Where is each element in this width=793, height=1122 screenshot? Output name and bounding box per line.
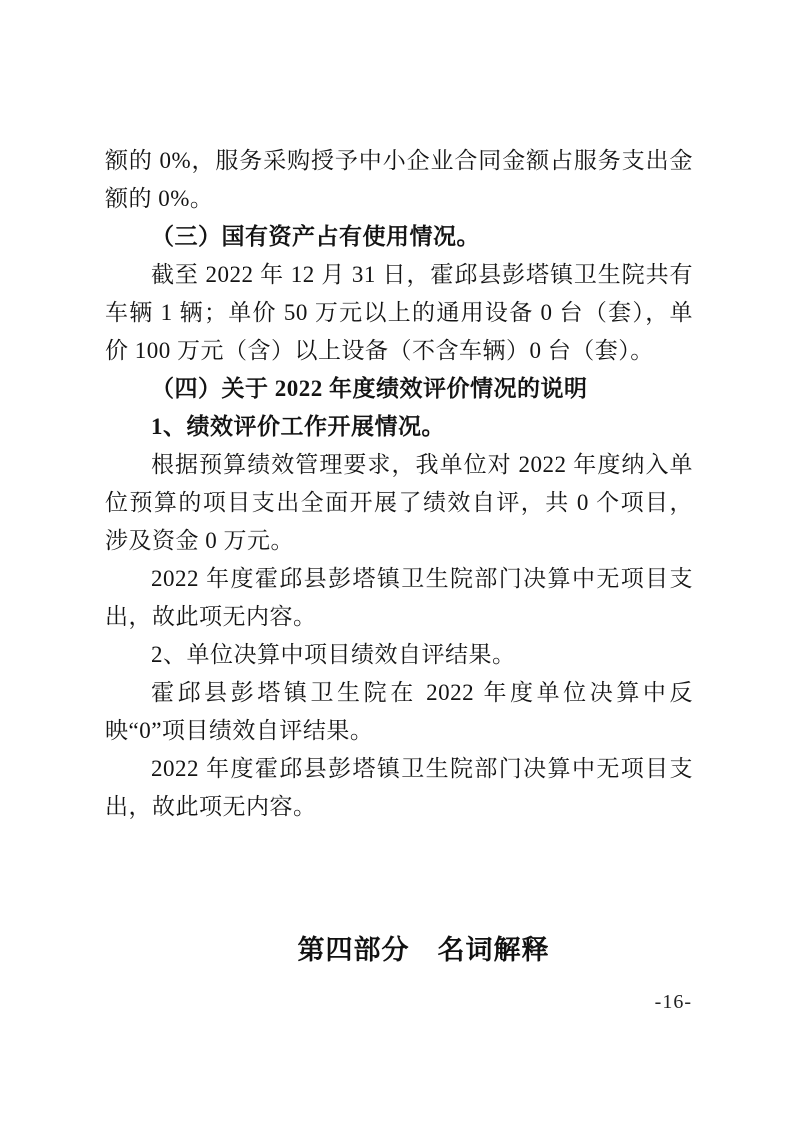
document-body: 额的 0%，服务采购授予中小企业合同金额占服务支出金额的 0%。 （三）国有资产… — [105, 142, 693, 826]
paragraph-self-evaluation: 根据预算绩效管理要求，我单位对 2022 年度纳入单位预算的项目支出全面开展了绩… — [105, 446, 693, 560]
subheading-evaluation-work: 1、绩效评价工作开展情况。 — [105, 408, 693, 446]
paragraph-reflect-zero-projects: 霍邱县彭塔镇卫生院在 2022 年度单位决算中反映“0”项目绩效自评结果。 — [105, 674, 693, 750]
heading-state-assets: （三）国有资产占有使用情况。 — [105, 218, 693, 256]
page-number: -16- — [655, 991, 692, 1014]
paragraph-no-project-expense-2: 2022 年度霍邱县彭塔镇卫生院部门决算中无项目支出，故此项无内容。 — [105, 750, 693, 826]
part4-section-title: 第四部分 名词解释 — [0, 928, 793, 967]
paragraph-procurement-continuation: 额的 0%，服务采购授予中小企业合同金额占服务支出金额的 0%。 — [105, 142, 693, 218]
paragraph-assets-detail: 截至 2022 年 12 月 31 日，霍邱县彭塔镇卫生院共有车辆 1 辆；单价… — [105, 256, 693, 370]
heading-performance-evaluation: （四）关于 2022 年度绩效评价情况的说明 — [105, 370, 693, 408]
subheading-self-evaluation-results: 2、单位决算中项目绩效自评结果。 — [105, 636, 693, 674]
document-page: 额的 0%，服务采购授予中小企业合同金额占服务支出金额的 0%。 （三）国有资产… — [0, 0, 793, 1122]
paragraph-no-project-expense-1: 2022 年度霍邱县彭塔镇卫生院部门决算中无项目支出，故此项无内容。 — [105, 560, 693, 636]
